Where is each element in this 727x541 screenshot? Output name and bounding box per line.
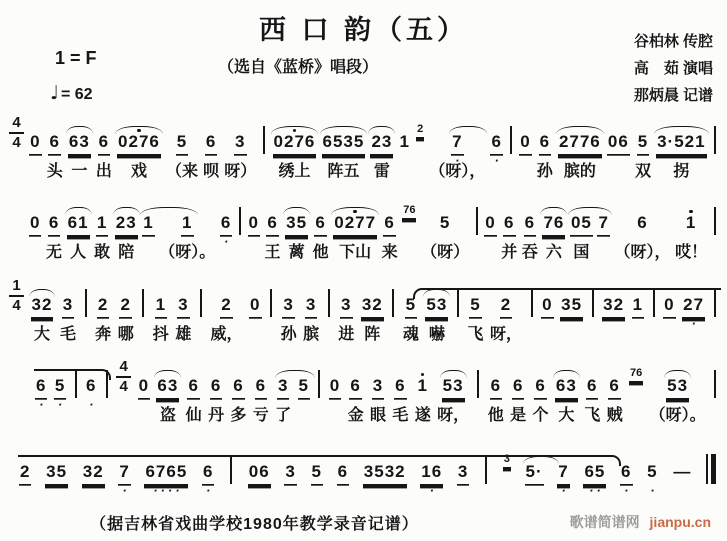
note-digits: 3 bbox=[277, 377, 289, 398]
staff-line-3: 1432大3毛2奔2哪1抖3雄2威，03孙3膑3进32阵5魂53嚇5飞2呀，03… bbox=[8, 285, 719, 348]
note: 6飞 bbox=[584, 366, 600, 429]
note-digits: 6· bbox=[490, 133, 502, 154]
lyric: （呀）， bbox=[615, 240, 671, 266]
tie-arc bbox=[113, 207, 140, 215]
note: 2776膑的 bbox=[558, 122, 602, 185]
tie-arc bbox=[440, 370, 467, 378]
note: 1 bbox=[632, 285, 644, 348]
barline bbox=[228, 452, 234, 515]
tempo-marking: ♩= 62 bbox=[50, 82, 93, 104]
barline-rule bbox=[328, 289, 330, 317]
credits: 谷柏林 传腔高 茹 演唱那炳晨 记谱 bbox=[634, 28, 713, 109]
tie-arc bbox=[664, 370, 691, 378]
tie-arc bbox=[540, 207, 567, 215]
note-digits: 05 bbox=[570, 214, 593, 235]
barline-rule bbox=[392, 289, 394, 317]
barline bbox=[140, 285, 146, 348]
note: 0 bbox=[484, 203, 496, 266]
barline-rule bbox=[239, 207, 241, 235]
tie-arc bbox=[523, 456, 559, 464]
note-digits: 0 bbox=[663, 296, 675, 317]
octave-dot-below: · bbox=[557, 488, 569, 493]
note: 3雄 bbox=[175, 285, 191, 348]
staff-line-1: 4406头63一6出0276戏5（来6呗3呀）0276绣上6535阵五23雷12… bbox=[8, 122, 719, 187]
source-note: （据吉林省戏曲学校1980年教学录音记谱） bbox=[0, 511, 509, 534]
tie-arc bbox=[154, 370, 181, 378]
tie-arc bbox=[368, 126, 395, 134]
note: 5（呀） bbox=[421, 203, 469, 266]
note-digits: 6 bbox=[187, 377, 199, 398]
note-digits: 3 bbox=[177, 296, 189, 317]
note: 3了 bbox=[275, 366, 291, 429]
note: 6亏 bbox=[253, 366, 269, 429]
note: 5（来 bbox=[166, 122, 198, 185]
key-signature: 1 = F bbox=[55, 48, 97, 69]
note-digits: 1 bbox=[399, 133, 411, 154]
note-digits: 0 bbox=[29, 133, 41, 154]
barline-rule bbox=[714, 370, 716, 398]
lyric: 威， bbox=[210, 322, 242, 348]
note-digits: 35 bbox=[285, 214, 308, 235]
barline bbox=[712, 203, 718, 266]
barline-rule bbox=[106, 370, 108, 398]
note-digits: 2 bbox=[119, 296, 131, 317]
lyric: 进 bbox=[338, 322, 354, 348]
octave-dot-above bbox=[421, 373, 424, 376]
note-digits: 6· bbox=[35, 377, 47, 398]
note-digits: 53 bbox=[425, 296, 448, 317]
tie-arc bbox=[65, 207, 92, 215]
lyric: 膑 bbox=[303, 322, 319, 348]
note: 6无 bbox=[46, 203, 62, 266]
note-digits: 6 bbox=[383, 214, 395, 235]
lyric: 阵五 bbox=[327, 159, 359, 185]
note: 5双 bbox=[635, 122, 651, 185]
lyric: 飞 bbox=[467, 322, 483, 348]
barline bbox=[590, 285, 596, 348]
time-signature-numerator: 4 bbox=[12, 115, 20, 130]
barline-rule bbox=[485, 456, 487, 484]
note-digits: 1 bbox=[632, 296, 644, 317]
note: 6毛 bbox=[392, 366, 408, 429]
time-signature-denominator: 4 bbox=[120, 379, 128, 394]
octave-dot-below: · bbox=[85, 402, 97, 407]
note: 5· bbox=[54, 366, 66, 429]
lyric: 丹 bbox=[208, 403, 224, 429]
octave-dot-below: ·· bbox=[583, 488, 606, 493]
lyric: 出 bbox=[96, 159, 112, 185]
note-digits: 7· bbox=[557, 463, 569, 484]
grace-note: 76 bbox=[629, 366, 643, 431]
time-signature-denominator: 4 bbox=[12, 298, 20, 313]
note: 7 bbox=[597, 203, 609, 266]
note: 6丹 bbox=[208, 366, 224, 429]
lyric: 他 bbox=[313, 240, 329, 266]
note: 2 bbox=[19, 452, 31, 515]
lyric: 他 bbox=[488, 403, 504, 429]
note-digits: 27· bbox=[682, 296, 705, 317]
note: 2威， bbox=[210, 285, 242, 348]
note-digits: 6 bbox=[232, 377, 244, 398]
barline-rule bbox=[75, 370, 77, 398]
lyric: 绣上 bbox=[278, 159, 310, 185]
note: 1 bbox=[399, 122, 411, 185]
note-digits: 0 bbox=[329, 377, 341, 398]
barline-rule bbox=[142, 289, 144, 317]
note: 3 bbox=[284, 452, 296, 515]
staff-line-5: 235327·6765····6·06356353216·335·7·65··6… bbox=[18, 452, 717, 517]
note-digits: 5· bbox=[54, 377, 66, 398]
octave-dot-below: · bbox=[202, 488, 214, 493]
note-digits: 6 bbox=[314, 214, 326, 235]
staff-line-4: 6·5·6·44063盗6仙6丹6多6亏3了506金3眼6毛1遂53呀，6他6是… bbox=[34, 366, 719, 431]
watermark-url[interactable]: jianpu.cn bbox=[650, 514, 711, 530]
note-digits: 6 bbox=[48, 133, 60, 154]
barline-rule bbox=[85, 289, 87, 317]
barline bbox=[237, 203, 243, 266]
note: 53（呀）。 bbox=[650, 366, 706, 429]
note: 2哪 bbox=[118, 285, 134, 348]
lyric: 飞 bbox=[584, 403, 600, 429]
note-digits: 35 bbox=[560, 296, 583, 317]
note: — bbox=[672, 452, 692, 515]
note-digits: 0 bbox=[248, 214, 260, 235]
note: 0276戏 bbox=[117, 122, 161, 185]
barline-rule bbox=[477, 370, 479, 398]
note-digits: 6 bbox=[503, 214, 515, 235]
lyric: 多 bbox=[230, 403, 246, 429]
note: 3·521拐 bbox=[656, 122, 706, 185]
note-digits: 6765···· bbox=[144, 463, 188, 484]
note: 5 bbox=[298, 366, 310, 429]
barline bbox=[483, 452, 489, 515]
note: 35 bbox=[45, 452, 68, 515]
barline bbox=[508, 122, 514, 185]
note: 0 bbox=[329, 366, 341, 429]
barline bbox=[474, 203, 480, 266]
note-digits: 0276 bbox=[117, 133, 161, 154]
lyric: 大 bbox=[558, 403, 574, 429]
note: 6是 bbox=[510, 366, 526, 429]
note: 1哎！ bbox=[675, 203, 707, 266]
note-digits: 35 bbox=[45, 463, 68, 484]
credit-line: 谷柏林 传腔 bbox=[634, 28, 713, 55]
note: 6 bbox=[337, 452, 349, 515]
tempo-value: = 62 bbox=[61, 86, 93, 103]
note: 63盗 bbox=[156, 366, 179, 429]
note-digits: 0 bbox=[484, 214, 496, 235]
grace-note: 3 bbox=[503, 452, 511, 517]
note: 3毛 bbox=[60, 285, 76, 348]
note-digits: 06 bbox=[607, 133, 630, 154]
note: 7·（呀）， bbox=[429, 122, 485, 185]
lyric: （呀）。 bbox=[159, 240, 215, 266]
lyric: 盗 bbox=[160, 403, 176, 429]
tie-arc bbox=[29, 289, 56, 297]
sheet-music-page: 西 口 韵（五） （选自《蓝桥》唱段） 谷柏林 传腔高 茹 演唱那炳晨 记谱 1… bbox=[0, 0, 727, 541]
quarter-note-icon: ♩ bbox=[50, 82, 59, 104]
note: 6· bbox=[202, 452, 214, 515]
note-digits: 6· bbox=[85, 377, 97, 398]
note: 3呀） bbox=[224, 122, 256, 185]
note-digits: 6 bbox=[539, 133, 551, 154]
tie-arc bbox=[556, 126, 604, 134]
lyric: 哪 bbox=[118, 322, 134, 348]
lyric: 呀， bbox=[437, 403, 469, 429]
note: 6吞 bbox=[522, 203, 538, 266]
grace-note: 2 bbox=[416, 122, 424, 187]
note-digits: 6 bbox=[349, 377, 361, 398]
note: 5魂 bbox=[403, 285, 419, 348]
note-digits: 7· bbox=[118, 463, 130, 484]
note-digits: 6· bbox=[620, 463, 632, 484]
note-digits: 7· bbox=[451, 133, 463, 154]
note: 6来 bbox=[382, 203, 398, 266]
note-digits: 6 bbox=[608, 377, 620, 398]
note: 0 bbox=[138, 366, 150, 429]
barline bbox=[455, 285, 461, 348]
note-digits: 5 bbox=[439, 214, 451, 235]
barline bbox=[326, 285, 332, 348]
credit-line: 高 茹 演唱 bbox=[634, 55, 713, 82]
note: 3孙 bbox=[281, 285, 297, 348]
note: 5· bbox=[525, 452, 544, 515]
barline bbox=[651, 285, 657, 348]
lyric: 雄 bbox=[175, 322, 191, 348]
note-digits: 5 bbox=[405, 296, 417, 317]
note: 6· bbox=[85, 366, 97, 429]
barline bbox=[104, 366, 110, 429]
lyric: 个 bbox=[533, 403, 549, 429]
lyric: 孙 bbox=[537, 159, 553, 185]
lyric: 蓠 bbox=[289, 240, 305, 266]
lyric: 嚇 bbox=[429, 322, 445, 348]
note: 53嚇 bbox=[425, 285, 448, 348]
barline bbox=[198, 285, 204, 348]
note: 6· bbox=[220, 203, 232, 266]
final-barline bbox=[706, 452, 716, 515]
lyric: 毛 bbox=[60, 322, 76, 348]
note-digits: 32 bbox=[31, 296, 54, 317]
barline-rule bbox=[531, 289, 533, 317]
note-digits: 32 bbox=[602, 296, 625, 317]
note: 2奔 bbox=[95, 285, 111, 348]
octave-dot-below: · bbox=[620, 488, 632, 493]
note: 63大 bbox=[555, 366, 578, 429]
lyric: 贼 bbox=[607, 403, 623, 429]
note: 6个 bbox=[533, 366, 549, 429]
note: 6他 bbox=[313, 203, 329, 266]
note: 32大 bbox=[31, 285, 54, 348]
barline bbox=[712, 285, 718, 348]
watermark-site-label: 歌谱简谱网 bbox=[570, 514, 640, 530]
lyric: 人 bbox=[70, 240, 86, 266]
note: 6头 bbox=[47, 122, 63, 185]
lyric: 一 bbox=[71, 159, 87, 185]
note-digits: 3 bbox=[340, 296, 352, 317]
note: 0276绣上 bbox=[273, 122, 317, 185]
note-digits: 6 bbox=[586, 377, 598, 398]
note-digits: 76 bbox=[629, 368, 643, 381]
note: 76六 bbox=[542, 203, 565, 266]
note: 7· bbox=[557, 452, 569, 515]
lyric: 雷 bbox=[374, 159, 390, 185]
lyric: 来 bbox=[382, 240, 398, 266]
note: 0 bbox=[248, 203, 260, 266]
lyric: （来 bbox=[166, 159, 198, 185]
lyric: 奔 bbox=[95, 322, 111, 348]
note-digits: 0 bbox=[519, 133, 531, 154]
barline bbox=[475, 366, 481, 429]
watermark: 歌谱简谱网 jianpu.cn bbox=[570, 512, 711, 532]
barline-rule bbox=[457, 289, 459, 317]
note: 6（呀）， bbox=[615, 203, 671, 266]
note: 6· bbox=[490, 122, 502, 185]
note: 0 bbox=[541, 285, 553, 348]
note-digits: 2 bbox=[97, 296, 109, 317]
note-digits: 06 bbox=[248, 463, 271, 484]
octave-dot-below: · bbox=[420, 488, 443, 493]
note: 35 bbox=[560, 285, 583, 348]
note-digits: 5· bbox=[525, 463, 544, 484]
note-digits: 76 bbox=[402, 205, 416, 218]
lyric: 亏 bbox=[253, 403, 269, 429]
lyric: 膑的 bbox=[564, 159, 596, 185]
lyric: 国 bbox=[573, 240, 589, 266]
note-digits: 6 bbox=[524, 214, 536, 235]
note-digits: 5· bbox=[646, 463, 658, 484]
lyric: （呀）。 bbox=[650, 403, 706, 429]
note-digits: 3 bbox=[62, 296, 74, 317]
note: 1 bbox=[142, 203, 154, 266]
note-digits: 6 bbox=[98, 133, 110, 154]
note: 6仙 bbox=[186, 366, 202, 429]
note: 53呀， bbox=[437, 366, 469, 429]
note: 65·· bbox=[583, 452, 606, 515]
lyric: 遂 bbox=[415, 403, 431, 429]
lyric: 吞 bbox=[522, 240, 538, 266]
lyric: 孙 bbox=[281, 322, 297, 348]
note-digits: 63 bbox=[156, 377, 179, 398]
tie-arc bbox=[449, 126, 487, 134]
note-digits: 3 bbox=[503, 454, 511, 467]
barline bbox=[73, 366, 79, 429]
note-digits: 6 bbox=[266, 214, 278, 235]
barline-rule bbox=[270, 289, 272, 317]
note-digits: 3532 bbox=[363, 463, 407, 484]
octave-dot-below: · bbox=[490, 158, 502, 163]
note: 27· bbox=[682, 285, 705, 348]
note-digits: 7 bbox=[597, 214, 609, 235]
note: 63一 bbox=[68, 122, 91, 185]
note-digits: 1 bbox=[416, 377, 428, 398]
note-digits: 53 bbox=[666, 377, 689, 398]
barline-rule bbox=[653, 289, 655, 317]
note-digits: 32 bbox=[361, 296, 384, 317]
note-digits: 6 bbox=[255, 377, 267, 398]
note-digits: 3 bbox=[457, 463, 469, 484]
tie-arc bbox=[320, 126, 368, 134]
barline-rule bbox=[510, 126, 512, 154]
note: 23雷 bbox=[370, 122, 393, 185]
note: 1抖 bbox=[153, 285, 169, 348]
note: 35蓠 bbox=[285, 203, 308, 266]
note-digits: 6 bbox=[534, 377, 546, 398]
barline bbox=[529, 285, 535, 348]
barline-rule bbox=[592, 289, 594, 317]
note-digits: — bbox=[672, 463, 692, 484]
note-digits: 6 bbox=[210, 377, 222, 398]
lyric: 六 bbox=[546, 240, 562, 266]
note: 0277下山 bbox=[333, 203, 377, 266]
barline bbox=[83, 285, 89, 348]
note: 6出 bbox=[96, 122, 112, 185]
lyric: 呀） bbox=[224, 159, 256, 185]
note: 5 bbox=[311, 452, 323, 515]
note-digits: 16· bbox=[420, 463, 443, 484]
note-digits: 2 bbox=[416, 124, 424, 137]
note-digits: 65·· bbox=[583, 463, 606, 484]
note-digits: 3 bbox=[372, 377, 384, 398]
octave-dot-above bbox=[689, 210, 692, 213]
time-signature-denominator: 4 bbox=[12, 135, 20, 150]
note-digits: 6· bbox=[220, 214, 232, 235]
lyric: 呀， bbox=[490, 322, 522, 348]
octave-dot-below: · bbox=[54, 402, 66, 407]
note-digits: 61 bbox=[67, 214, 90, 235]
time-signature: 14 bbox=[9, 285, 24, 348]
note-digits: 63 bbox=[68, 133, 91, 154]
note-digits: 6 bbox=[394, 377, 406, 398]
note: 6· bbox=[35, 366, 47, 429]
lyric: （呀） bbox=[421, 240, 469, 266]
note-digits: 63 bbox=[555, 377, 578, 398]
note-digits: 6 bbox=[205, 133, 217, 154]
note: 6· bbox=[620, 452, 632, 515]
lyric: 阵 bbox=[364, 322, 380, 348]
final-bar-thin bbox=[706, 454, 708, 484]
note-digits: 6535 bbox=[322, 133, 366, 154]
barline bbox=[261, 122, 267, 185]
lyric: 仙 bbox=[186, 403, 202, 429]
note: 3膑 bbox=[303, 285, 319, 348]
octave-dot-below: · bbox=[35, 402, 47, 407]
note-digits: 2776 bbox=[558, 133, 602, 154]
note: 0 bbox=[29, 122, 41, 185]
lyric: 拐 bbox=[673, 159, 689, 185]
time-signature: 44 bbox=[9, 122, 24, 185]
note-digits: 32 bbox=[82, 463, 105, 484]
note-digits: 6 bbox=[337, 463, 349, 484]
note-digits: 5 bbox=[469, 296, 481, 317]
note: 05国 bbox=[570, 203, 593, 266]
note: 0 bbox=[249, 285, 261, 348]
note: 23陪 bbox=[115, 203, 138, 266]
time-signature-numerator: 4 bbox=[120, 359, 128, 374]
lyric: 双 bbox=[635, 159, 651, 185]
lyric: 大 bbox=[34, 322, 50, 348]
barline-rule bbox=[714, 126, 716, 154]
octave-dot-below: · bbox=[682, 321, 705, 326]
note: 6535阵五 bbox=[322, 122, 366, 185]
note: 3532 bbox=[363, 452, 407, 515]
note-digits: 6 bbox=[512, 377, 524, 398]
tie-arc bbox=[66, 126, 93, 134]
note-digits: 6 bbox=[48, 214, 60, 235]
grace-note: 76 bbox=[402, 203, 416, 268]
note-digits: 76 bbox=[542, 214, 565, 235]
note-digits: 53 bbox=[442, 377, 465, 398]
